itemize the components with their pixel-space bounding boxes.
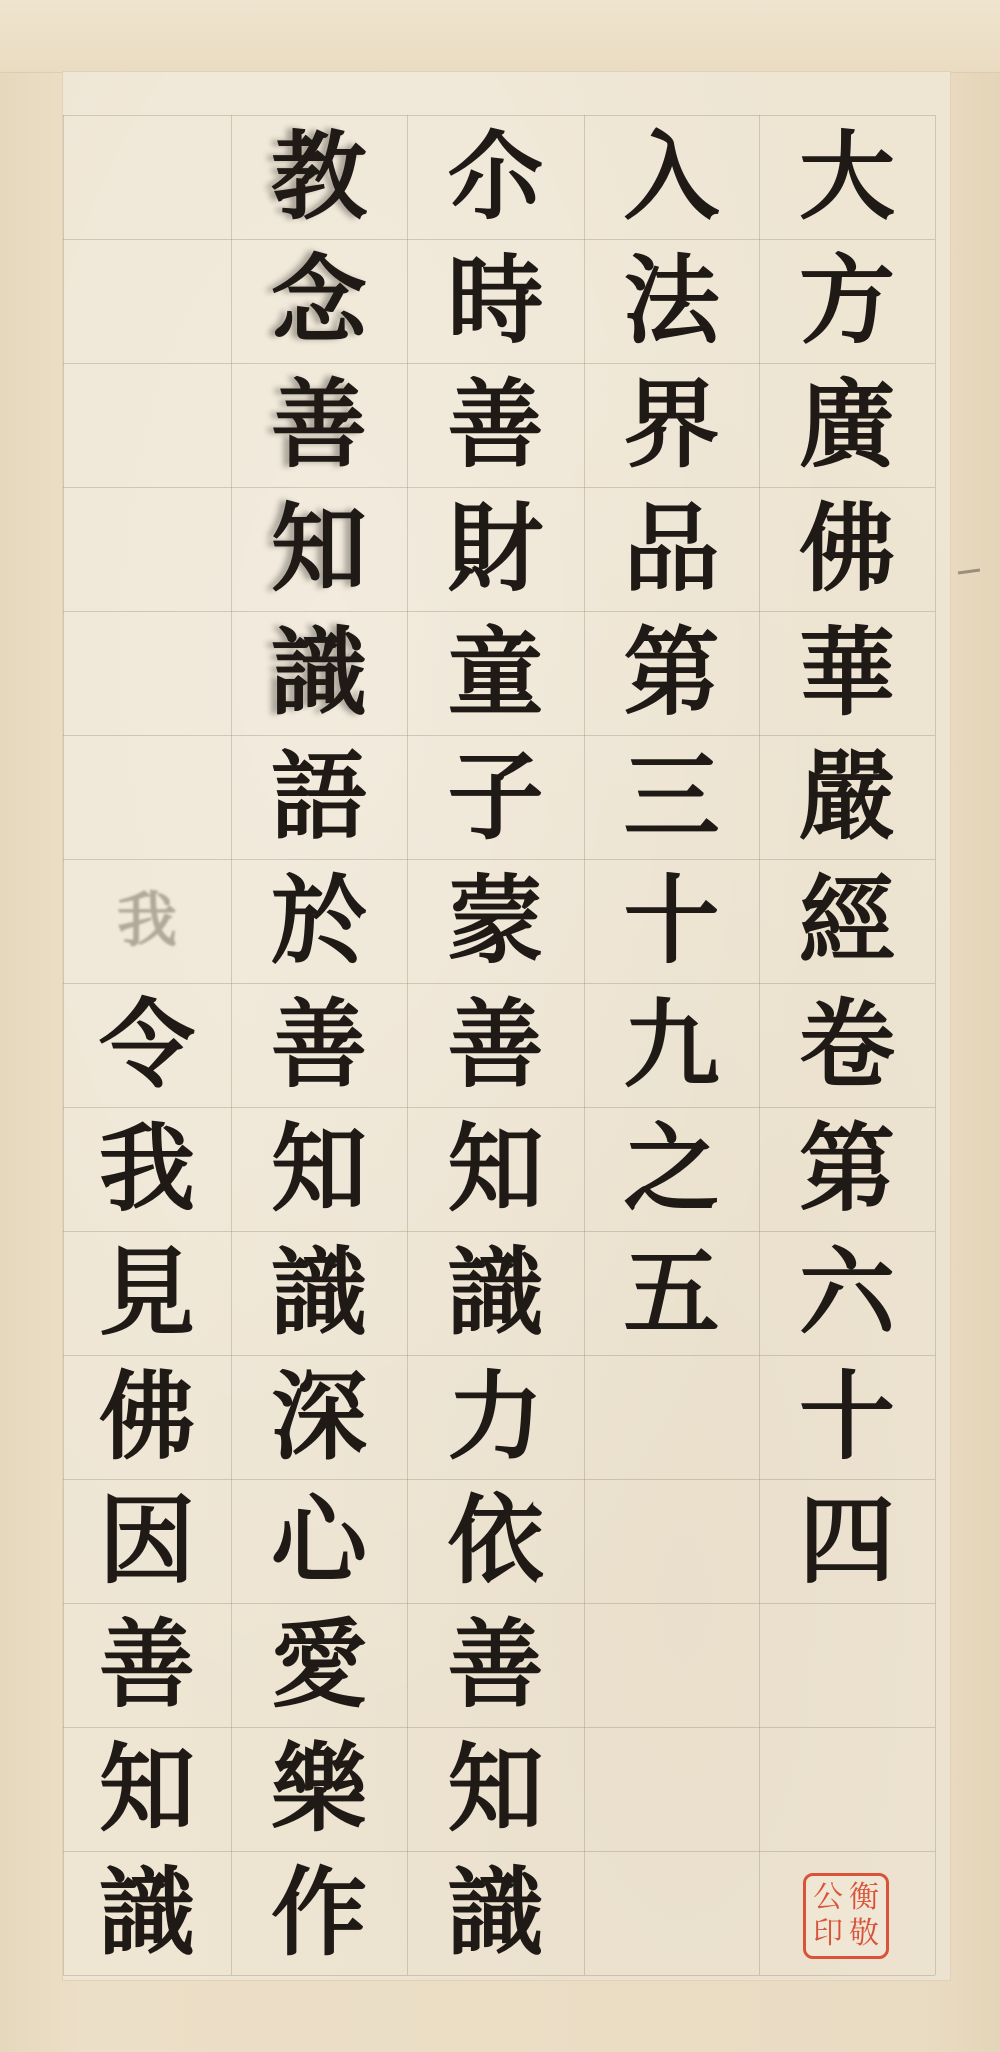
calligraphy-character: 方 (759, 239, 935, 363)
calligraphy-character: 三 (584, 735, 759, 859)
calligraphy-character: 知 (231, 487, 407, 611)
calligraphy-character: 善 (231, 363, 407, 487)
calligraphy-character: 尒 (407, 115, 584, 239)
calligraphy-character: 知 (407, 1727, 584, 1851)
calligraphy-character: 我 (63, 859, 231, 983)
calligraphy-character: 善 (407, 363, 584, 487)
calligraphy-character: 嚴 (759, 735, 935, 859)
calligraphy-character: 心 (231, 1479, 407, 1603)
empty-cell (63, 487, 231, 611)
calligraphy-character: 善 (231, 983, 407, 1107)
calligraphy-character: 時 (407, 239, 584, 363)
text-column-5: 我令我見佛因善知識 (63, 115, 231, 1975)
calligraphy-character: 子 (407, 735, 584, 859)
calligraphy-character: 依 (407, 1479, 584, 1603)
calligraphy-character: 財 (407, 487, 584, 611)
calligraphy-character: 法 (584, 239, 759, 363)
text-column-3: 尒時善財童子蒙善知識力依善知識 (407, 115, 584, 1975)
calligraphy-character: 令 (63, 983, 231, 1107)
red-seal: 衡 敬 公 印 (803, 1873, 889, 1959)
calligraphy-character: 四 (759, 1479, 935, 1603)
calligraphy-character: 童 (407, 611, 584, 735)
calligraphy-character: 蒙 (407, 859, 584, 983)
calligraphy-character: 之 (584, 1107, 759, 1231)
empty-cell (63, 611, 231, 735)
seal-char: 公 (810, 1880, 846, 1916)
calligraphy-character: 佛 (759, 487, 935, 611)
seal-char: 衡 (846, 1880, 882, 1916)
calligraphy-character: 十 (584, 859, 759, 983)
calligraphy-character: 深 (231, 1355, 407, 1479)
text-column-1: 大方廣佛華嚴經卷第六十四 (759, 115, 935, 1603)
calligraphy-character: 知 (231, 1107, 407, 1231)
calligraphy-character: 第 (584, 611, 759, 735)
empty-cell (63, 363, 231, 487)
empty-cell (63, 239, 231, 363)
calligraphy-character: 識 (407, 1231, 584, 1355)
calligraphy-character: 善 (407, 983, 584, 1107)
calligraphy-character: 識 (231, 611, 407, 735)
calligraphy-character: 知 (63, 1727, 231, 1851)
calligraphy-character: 識 (63, 1851, 231, 1975)
calligraphy-character: 善 (407, 1603, 584, 1727)
calligraphy-character: 五 (584, 1231, 759, 1355)
calligraphy-character: 品 (584, 487, 759, 611)
stray-ink-mark (958, 568, 980, 574)
calligraphy-character: 華 (759, 611, 935, 735)
grid-column-line (935, 115, 936, 1975)
calligraphy-character: 廣 (759, 363, 935, 487)
calligraphy-character: 語 (231, 735, 407, 859)
mount-top-band (0, 0, 1000, 73)
calligraphy-character: 入 (584, 115, 759, 239)
text-column-4: 教念善知識語於善知識深心愛樂作 (231, 115, 407, 1975)
calligraphy-character: 見 (63, 1231, 231, 1355)
grid-row-line (63, 1975, 935, 1976)
calligraphy-character: 佛 (63, 1355, 231, 1479)
calligraphy-character: 作 (231, 1851, 407, 1975)
calligraphy-character: 卷 (759, 983, 935, 1107)
text-column-2: 入法界品第三十九之五 (584, 115, 759, 1355)
calligraphy-character: 識 (407, 1851, 584, 1975)
calligraphy-character: 第 (759, 1107, 935, 1231)
calligraphy-character: 力 (407, 1355, 584, 1479)
calligraphy-character: 經 (759, 859, 935, 983)
seal-char: 敬 (846, 1916, 882, 1952)
calligraphy-character: 知 (407, 1107, 584, 1231)
calligraphy-character: 善 (63, 1603, 231, 1727)
calligraphy-character: 九 (584, 983, 759, 1107)
calligraphy-character: 教 (231, 115, 407, 239)
calligraphy-character: 於 (231, 859, 407, 983)
calligraphy-character: 界 (584, 363, 759, 487)
calligraphy-character: 六 (759, 1231, 935, 1355)
calligraphy-character: 識 (231, 1231, 407, 1355)
calligraphy-character: 因 (63, 1479, 231, 1603)
calligraphy-character: 愛 (231, 1603, 407, 1727)
empty-cell (63, 735, 231, 859)
calligraphy-character: 樂 (231, 1727, 407, 1851)
calligraphy-character: 十 (759, 1355, 935, 1479)
calligraphy-character: 念 (231, 239, 407, 363)
empty-cell (63, 115, 231, 239)
calligraphy-character: 我 (63, 1107, 231, 1231)
seal-char: 印 (810, 1916, 846, 1952)
calligraphy-character: 大 (759, 115, 935, 239)
